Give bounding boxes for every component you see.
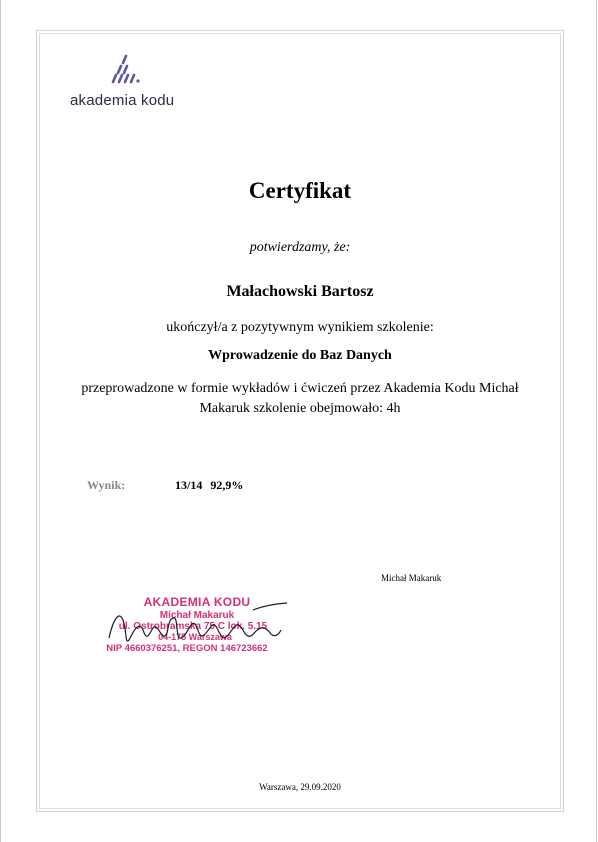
akademia-kodu-logo-icon bbox=[109, 54, 145, 84]
certificate-border bbox=[36, 30, 564, 812]
score-fraction: 13/14 bbox=[175, 478, 202, 492]
course-description-line: przeprowadzone w formie wykładów i ćwicz… bbox=[36, 379, 564, 399]
place-and-date: Warszawa, 29.09.2020 bbox=[36, 782, 564, 792]
logo-text: akademia kodu bbox=[70, 92, 174, 109]
score-percent: 92,9% bbox=[210, 478, 243, 492]
completion-statement: ukończył/a z pozytywnym wynikiem szkolen… bbox=[36, 320, 564, 336]
score-value: 13/1492,9% bbox=[175, 478, 243, 493]
certificate-title: Certyfikat bbox=[36, 178, 564, 204]
certificate-subtitle: potwierdzamy, że: bbox=[36, 240, 564, 256]
page-edge-left bbox=[0, 0, 1, 842]
handwritten-signature bbox=[95, 590, 290, 665]
score-label: Wynik: bbox=[87, 478, 125, 493]
course-description: przeprowadzone w formie wykładów i ćwicz… bbox=[36, 379, 564, 419]
course-description-line: Makaruk szkolenie obejmowało: 4h bbox=[36, 399, 564, 419]
page-edge-right bbox=[596, 0, 597, 842]
certificate-border-inner bbox=[39, 33, 561, 809]
signer-name: Michał Makaruk bbox=[381, 573, 441, 583]
recipient-name: Małachowski Bartosz bbox=[36, 283, 564, 301]
course-name: Wprowadzenie do Baz Danych bbox=[36, 348, 564, 364]
